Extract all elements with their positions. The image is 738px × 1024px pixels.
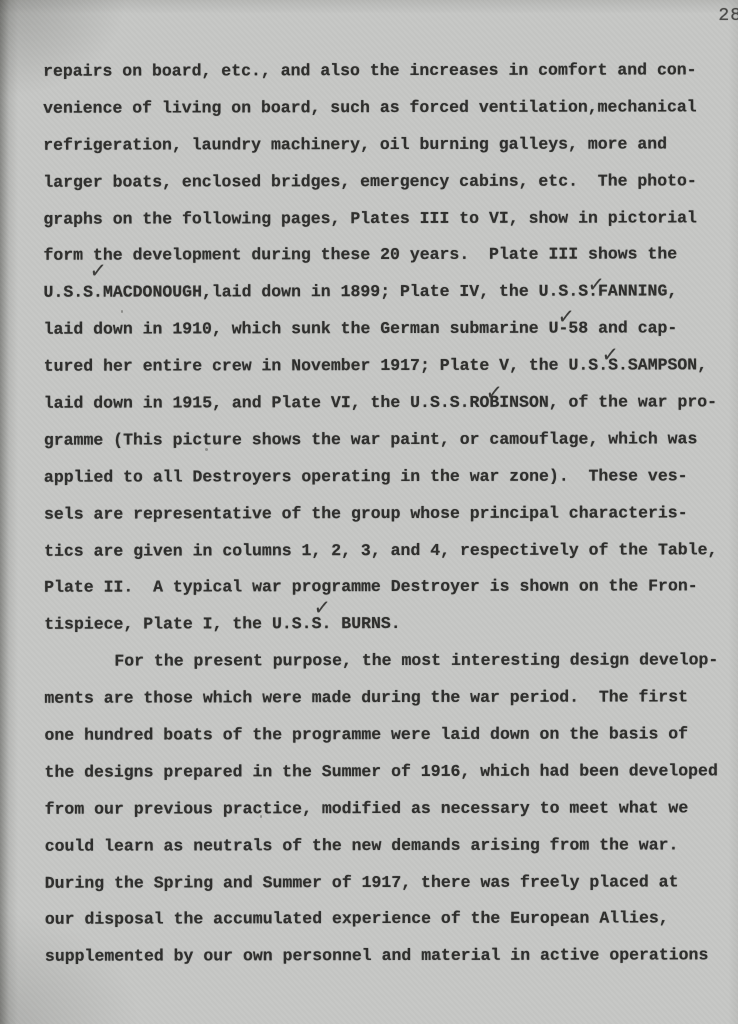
text-line: graphs on the following pages, Plates II…	[43, 200, 737, 238]
text-line: form the development during these 20 yea…	[43, 237, 737, 275]
text-line: supplemented by our own personnel and ma…	[45, 938, 738, 976]
text-line: tics are given in columns 1, 2, 3, and 4…	[44, 532, 738, 570]
scanned-document-page: 28 repairs on board, etc., and also the …	[0, 0, 738, 1024]
text-line: one hundred boats of the programme were …	[44, 716, 738, 754]
text-line: venience of living on board, such as for…	[43, 89, 737, 127]
text-line: could learn as neutrals of the new deman…	[45, 827, 738, 865]
text-line: U.S.S.MACDONOUGH,laid down in 1899; Plat…	[43, 274, 737, 312]
text-line: laid down in 1910, which sunk the German…	[44, 311, 738, 349]
text-line: laid down in 1915, and Plate VI, the U.S…	[44, 384, 738, 422]
text-line: from our previous practice, modified as …	[45, 790, 738, 828]
page-number: 28	[718, 6, 738, 26]
text-line: refrigeration, laundry machinery, oil bu…	[43, 126, 737, 164]
text-line: larger boats, enclosed bridges, emergenc…	[43, 163, 737, 201]
text-line: ments are those which were made during t…	[44, 679, 738, 717]
text-line: applied to all Destroyers operating in t…	[44, 458, 738, 496]
text-line-paragraph-start: For the present purpose, the most intere…	[44, 643, 738, 681]
text-line: our disposal the accumulated experience …	[45, 901, 738, 939]
text-line: sels are representative of the group who…	[44, 495, 738, 533]
text-line: the designs prepared in the Summer of 19…	[45, 753, 738, 791]
text-line: gramme (This picture shows the war paint…	[44, 421, 738, 459]
text-line: repairs on board, etc., and also the inc…	[43, 52, 737, 90]
text-line: During the Spring and Summer of 1917, th…	[45, 864, 738, 902]
text-line: Plate II. A typical war programme Destro…	[44, 569, 738, 607]
typewritten-text-block: repairs on board, etc., and also the inc…	[43, 52, 738, 976]
text-line: tured her entire crew in November 1917; …	[44, 347, 738, 385]
text-line: tispiece, Plate I, the U.S.S. BURNS.	[44, 606, 738, 644]
